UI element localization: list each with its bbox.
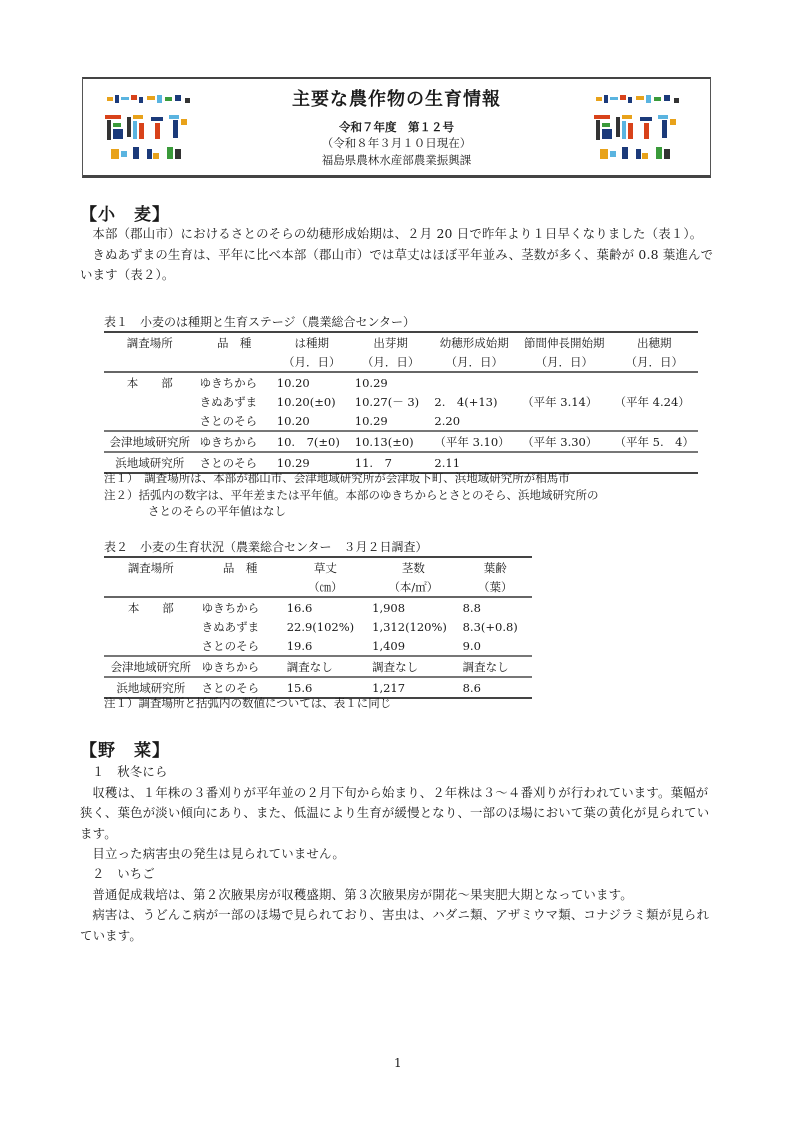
location-cell bbox=[104, 636, 198, 656]
table-note: 注１）調査場所と括弧内の数値については、表１に同じ bbox=[104, 695, 391, 712]
table-row: 本 部 ゆきちから 16.6 1,908 8.8 bbox=[104, 597, 532, 617]
value-cell: 10.27(－ 3) bbox=[351, 392, 431, 411]
column-header: 茎数 bbox=[368, 557, 458, 577]
location-cell bbox=[104, 617, 198, 636]
table-note: 注２）括弧内の数字は、平年差または平年値。本部のゆきちからとさとのそら、浜地域研… bbox=[104, 487, 599, 504]
column-header: 出芽期 bbox=[351, 332, 431, 352]
table-row: 会津地域研究所 ゆきちから 調査なし 調査なし 調査なし bbox=[104, 656, 532, 677]
unit-cell bbox=[104, 352, 196, 372]
value-cell: 10. 7(±0) bbox=[273, 431, 351, 452]
item-paragraph: 目立った病害虫の発生は見られていません。 bbox=[80, 844, 720, 865]
table1-caption: 表１ 小麦のは種期と生育ステージ（農業総合センター） bbox=[104, 314, 415, 330]
location-cell bbox=[104, 392, 196, 411]
document-title: 主要な農作物の生育情報 bbox=[233, 87, 560, 113]
value-cell: 10.29 bbox=[351, 411, 431, 431]
unit-cell bbox=[198, 577, 283, 597]
value-cell bbox=[611, 411, 699, 431]
column-header: 葉齢 bbox=[459, 557, 532, 577]
unit-cell: （月．日） bbox=[611, 352, 699, 372]
table2-notes: 注１）調査場所と括弧内の数値については、表１に同じ bbox=[104, 695, 391, 712]
vegetable-item-strawberry: ２ いちご 普通促成栽培は、第２次腋果房が収穫盛期、第３次腋果房が開花～果実肥大… bbox=[80, 864, 720, 946]
table-row: 会津地域研究所 ゆきちから 10. 7(±0) 10.13(±0) （平年 3.… bbox=[104, 431, 698, 452]
value-cell: 16.6 bbox=[283, 597, 368, 617]
variety-cell: ゆきちから bbox=[198, 656, 283, 677]
location-cell: 本 部 bbox=[104, 597, 198, 617]
value-cell: 2.20 bbox=[430, 411, 518, 431]
table-note: さとのそらの平年値はなし bbox=[104, 503, 599, 520]
column-header: 品 種 bbox=[198, 557, 283, 577]
title-block: 主要な農作物の生育情報 令和７年度 第１２号 （令和８年３月１０日現在） 福島県… bbox=[233, 87, 560, 169]
wheat-paragraph: 本部（郡山市）におけるさとのそらの幼穂形成始期は、２月 20 日で昨年より１日早… bbox=[80, 224, 720, 245]
column-header: 調査場所 bbox=[104, 332, 196, 352]
table-row: さとのそら 10.20 10.29 2.20 bbox=[104, 411, 698, 431]
variety-cell: きぬあずま bbox=[198, 617, 283, 636]
column-header: 草丈 bbox=[283, 557, 368, 577]
wheat-paragraph: きぬあずまの生育は、平年に比べ本部（郡山市）では草丈はほぼ平年並み、茎数が多く、… bbox=[80, 245, 720, 286]
variety-cell: さとのそら bbox=[198, 636, 283, 656]
value-cell: 1,908 bbox=[368, 597, 458, 617]
value-cell: 10.20 bbox=[273, 372, 351, 392]
column-header: 出穂期 bbox=[611, 332, 699, 352]
column-header: は種期 bbox=[273, 332, 351, 352]
unit-cell bbox=[104, 577, 198, 597]
column-header: 幼穂形成始期 bbox=[430, 332, 518, 352]
item-paragraph: 収穫は、１年株の３番刈りが平年並の２月下旬から始まり、２年株は３～４番刈りが行わ… bbox=[80, 783, 720, 845]
table2-growth-status: 調査場所 品 種 草丈 茎数 葉齢 （㎝） （本/㎡） （葉） 本 部 ゆきちか… bbox=[104, 556, 532, 699]
value-cell: 8.3(+0.8) bbox=[459, 617, 532, 636]
unit-cell: （月．日） bbox=[430, 352, 518, 372]
value-cell: 8.6 bbox=[459, 677, 532, 698]
value-cell: 8.8 bbox=[459, 597, 532, 617]
value-cell: 22.9(102%) bbox=[283, 617, 368, 636]
item-title-row: ２ いちご bbox=[80, 864, 720, 885]
column-header: 品 種 bbox=[196, 332, 273, 352]
value-cell: （平年 4.24） bbox=[611, 392, 699, 411]
unit-cell: （月．日） bbox=[351, 352, 431, 372]
value-cell: 10.20 bbox=[273, 411, 351, 431]
value-cell bbox=[518, 411, 610, 431]
unit-cell: （本/㎡） bbox=[368, 577, 458, 597]
location-cell: 会津地域研究所 bbox=[104, 431, 196, 452]
variety-cell: さとのそら bbox=[196, 411, 273, 431]
item-number: ２ bbox=[92, 866, 105, 881]
item-number: １ bbox=[92, 764, 105, 779]
vegetable-item-nira: １ 秋冬にら 収穫は、１年株の３番刈りが平年並の２月下旬から始まり、２年株は３～… bbox=[80, 762, 720, 865]
as-of-date: （令和８年３月１０日現在） bbox=[233, 135, 560, 152]
value-cell: 調査なし bbox=[283, 656, 368, 677]
value-cell: 10.20(±0) bbox=[273, 392, 351, 411]
variety-cell: ゆきちから bbox=[198, 597, 283, 617]
issue-number: 令和７年度 第１２号 bbox=[233, 119, 560, 135]
value-cell: 調査なし bbox=[459, 656, 532, 677]
location-cell bbox=[104, 411, 196, 431]
value-cell bbox=[611, 452, 699, 473]
item-paragraph: 普通促成栽培は、第２次腋果房が収穫盛期、第３次腋果房が開花～果実肥大期となってい… bbox=[80, 885, 720, 906]
value-cell: 9.0 bbox=[459, 636, 532, 656]
value-cell: （平年 3.10） bbox=[430, 431, 518, 452]
value-cell: 調査なし bbox=[368, 656, 458, 677]
column-header: 調査場所 bbox=[104, 557, 198, 577]
location-cell: 会津地域研究所 bbox=[104, 656, 198, 677]
table-row: さとのそら 19.6 1,409 9.0 bbox=[104, 636, 532, 656]
department-name: 福島県農林水産部農業振興課 bbox=[233, 152, 560, 169]
wheat-summary: 本部（郡山市）におけるさとのそらの幼穂形成始期は、２月 20 日で昨年より１日早… bbox=[80, 224, 720, 286]
table-row: きぬあずま 22.9(102%) 1,312(120%) 8.3(+0.8) bbox=[104, 617, 532, 636]
value-cell: （平年 5. 4） bbox=[611, 431, 699, 452]
value-cell: （平年 3.14） bbox=[518, 392, 610, 411]
item-title: いちご bbox=[117, 866, 155, 881]
value-cell bbox=[430, 372, 518, 392]
table-row: 本 部 ゆきちから 10.20 10.29 bbox=[104, 372, 698, 392]
value-cell: 1,312(120%) bbox=[368, 617, 458, 636]
table1-growth-stages: 調査場所 品 種 は種期 出芽期 幼穂形成始期 節間伸長開始期 出穂期 （月．日… bbox=[104, 331, 698, 474]
unit-cell: （月．日） bbox=[273, 352, 351, 372]
document-header: 主要な農作物の生育情報 令和７年度 第１２号 （令和８年３月１０日現在） 福島県… bbox=[82, 77, 711, 178]
table-row: きぬあずま 10.20(±0) 10.27(－ 3) 2. 4(+13) （平年… bbox=[104, 392, 698, 411]
value-cell: 19.6 bbox=[283, 636, 368, 656]
section-heading-vegetables: 【野 菜】 bbox=[80, 736, 170, 761]
fukushima-logo-icon bbox=[586, 89, 696, 169]
unit-cell: （月．日） bbox=[518, 352, 610, 372]
location-cell: 本 部 bbox=[104, 372, 196, 392]
item-title-row: １ 秋冬にら bbox=[80, 762, 720, 783]
unit-cell: （㎝） bbox=[283, 577, 368, 597]
section-heading-wheat: 【小 麦】 bbox=[80, 200, 170, 225]
unit-cell bbox=[196, 352, 273, 372]
unit-cell: （葉） bbox=[459, 577, 532, 597]
value-cell: 10.13(±0) bbox=[351, 431, 431, 452]
variety-cell: きぬあずま bbox=[196, 392, 273, 411]
column-header: 節間伸長開始期 bbox=[518, 332, 610, 352]
variety-cell: ゆきちから bbox=[196, 431, 273, 452]
item-title: 秋冬にら bbox=[117, 764, 167, 779]
value-cell: （平年 3.30） bbox=[518, 431, 610, 452]
table-note: 注１） 調査場所は、本部が郡山市、会津地域研究所が会津坂下町、浜地域研究所が相馬… bbox=[104, 470, 599, 487]
value-cell: 2. 4(+13) bbox=[430, 392, 518, 411]
item-paragraph: 病害は、うどんこ病が一部のほ場で見られており、害虫は、ハダニ類、アザミウマ類、コ… bbox=[80, 905, 720, 946]
value-cell: 10.29 bbox=[351, 372, 431, 392]
fukushima-logo-icon bbox=[97, 89, 207, 169]
value-cell bbox=[518, 372, 610, 392]
variety-cell: ゆきちから bbox=[196, 372, 273, 392]
table1-notes: 注１） 調査場所は、本部が郡山市、会津地域研究所が会津坂下町、浜地域研究所が相馬… bbox=[104, 470, 599, 520]
page-number: 1 bbox=[394, 1056, 402, 1070]
value-cell bbox=[611, 372, 699, 392]
table2-caption: 表２ 小麦の生育状況（農業総合センター ３月２日調査） bbox=[104, 539, 428, 555]
value-cell: 1,409 bbox=[368, 636, 458, 656]
